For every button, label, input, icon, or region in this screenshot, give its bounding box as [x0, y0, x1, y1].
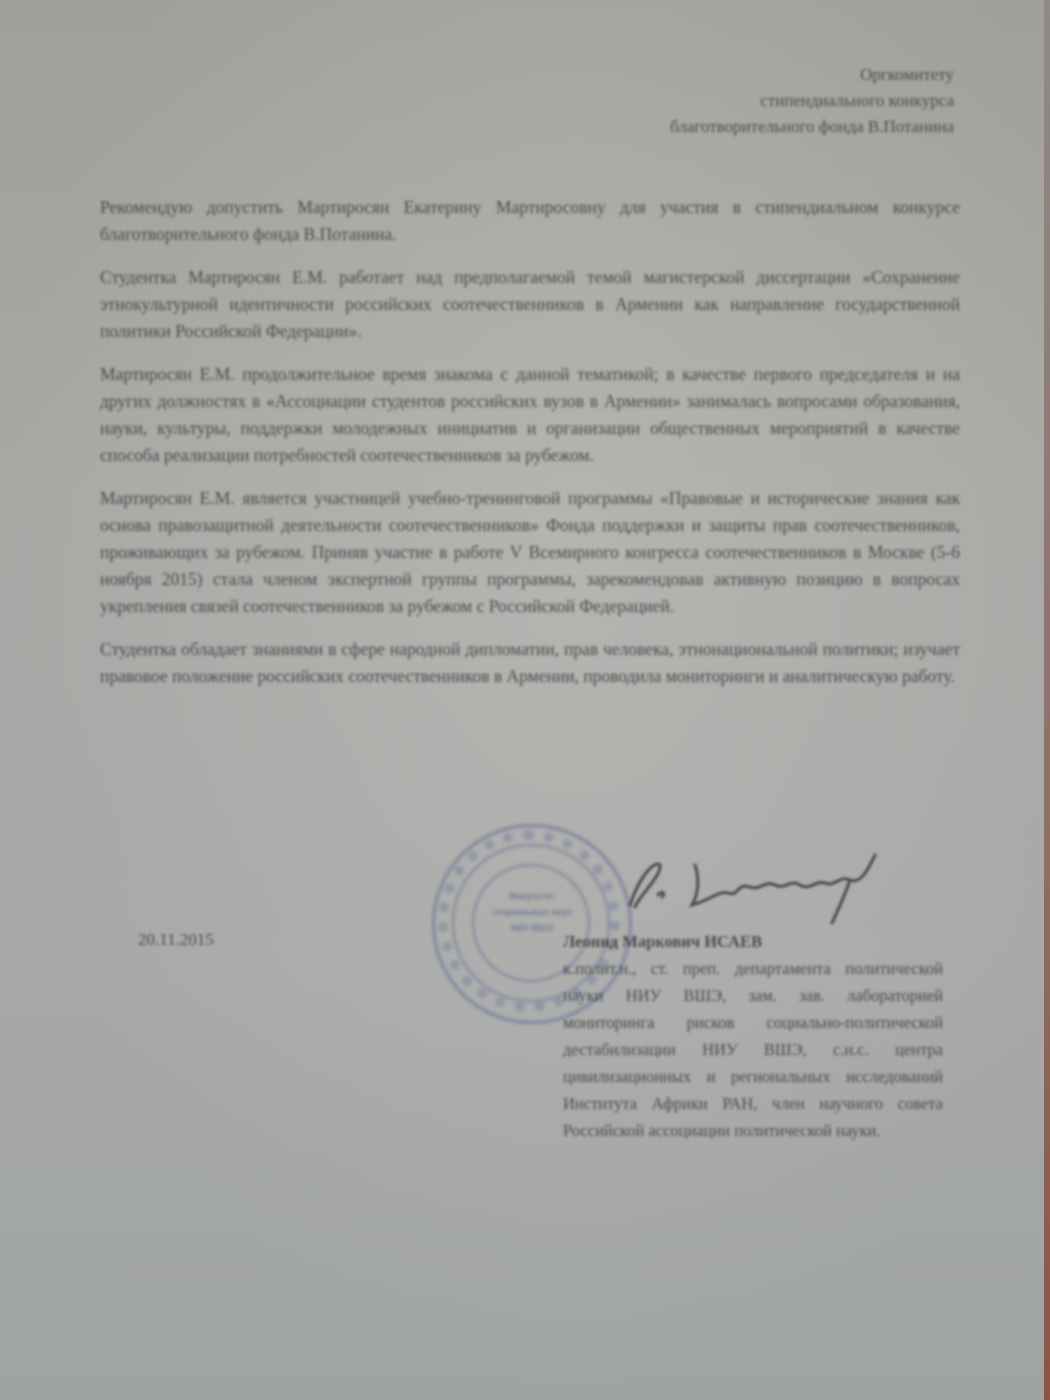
signatory-title: к.полит.н., ст. преп. департамента полит… [563, 955, 943, 1144]
signatory-name: Леонид Маркович ИСАЕВ [563, 928, 943, 955]
stamp-line: Факультет [482, 888, 582, 904]
table-edge [1044, 0, 1050, 1400]
addressee-line: Оргкомитету [670, 62, 954, 88]
addressee-line: стипендиального конкурса [670, 88, 954, 114]
paragraph-experience: Мартиросян Е.М. продолжительное время зн… [100, 361, 960, 469]
stamp-line: социальных наук [482, 904, 582, 920]
letter-date: 20.11.2015 [138, 930, 214, 950]
paragraph-thesis: Студентка Мартиросян Е.М. работает над п… [100, 264, 960, 345]
addressee-line: благотворительного фонда В.Потанина [670, 114, 954, 140]
handwritten-signature [600, 835, 900, 925]
paragraph-recommendation: Рекомендую допустить Мартиросян Екатерин… [100, 194, 960, 248]
addressee-block: Оргкомитету стипендиального конкурса бла… [670, 62, 954, 140]
paragraph-knowledge: Студентка обладает знаниями в сфере наро… [100, 636, 960, 690]
paragraph-program: Мартиросян Е.М. является участницей учеб… [100, 485, 960, 620]
signatory-block: Леонид Маркович ИСАЕВ к.полит.н., ст. пр… [563, 928, 943, 1144]
letter-body: Рекомендую допустить Мартиросян Екатерин… [100, 194, 960, 706]
